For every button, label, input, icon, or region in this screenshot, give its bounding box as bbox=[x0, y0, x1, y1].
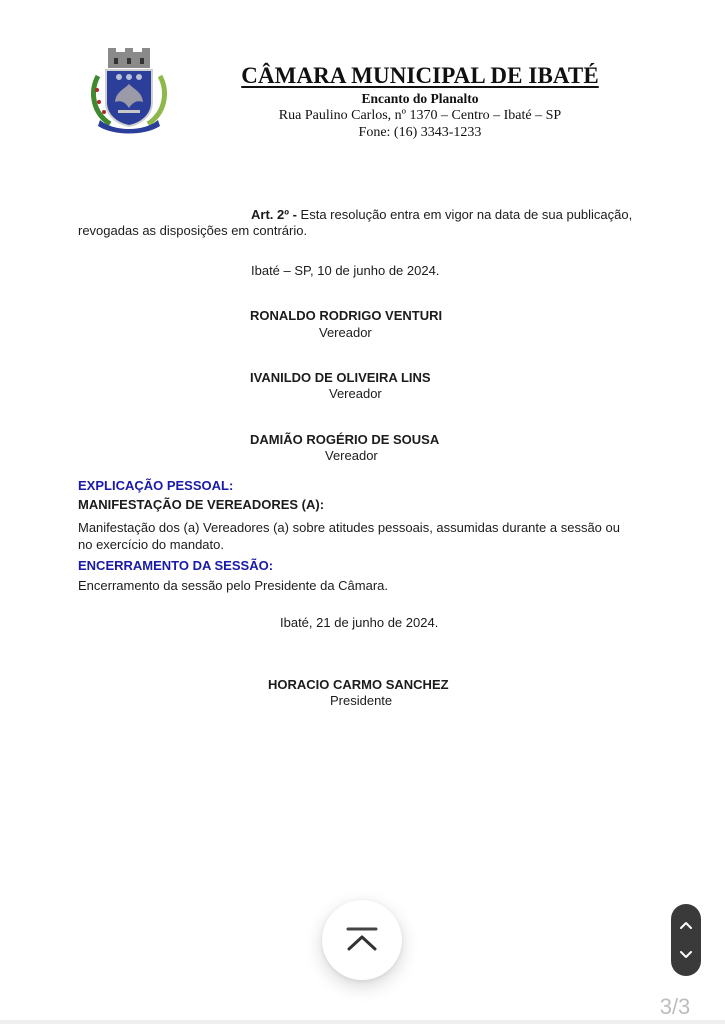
councilors-statement-heading: MANIFESTAÇÃO DE VEREADORES (A): bbox=[78, 497, 324, 513]
personal-explanation-text-line-2: no exercício do mandato. bbox=[78, 537, 224, 553]
president-role: Presidente bbox=[330, 693, 392, 709]
previous-page-button[interactable] bbox=[671, 910, 701, 940]
resolution-date: Ibaté – SP, 10 de junho de 2024. bbox=[251, 263, 439, 279]
signatory-name: DAMIÃO ROGÉRIO DE SOUSA bbox=[250, 432, 439, 448]
session-closing-text: Encerramento da sessão pelo Presidente d… bbox=[78, 578, 388, 594]
document-page: CÂMARA MUNICIPAL DE IBATÉ Encanto do Pla… bbox=[0, 0, 725, 1020]
signatory-name: IVANILDO DE OLIVEIRA LINS bbox=[250, 370, 431, 386]
article-label: Art. 2º - bbox=[251, 207, 297, 222]
institution-address: Rua Paulino Carlos, nº 1370 – Centro – I… bbox=[200, 107, 640, 124]
article-2-line-1: Art. 2º - Esta resolução entra em vigor … bbox=[251, 207, 632, 223]
personal-explanation-text-line-1: Manifestação dos (a) Vereadores (a) sobr… bbox=[78, 520, 620, 536]
page-navigator bbox=[671, 904, 701, 976]
page-indicator: 3/3 bbox=[640, 994, 710, 1020]
chevron-down-icon bbox=[680, 950, 692, 960]
closing-date: Ibaté, 21 de junho de 2024. bbox=[280, 615, 438, 631]
institution-motto: Encanto do Planalto bbox=[200, 91, 640, 107]
letterhead: CÂMARA MUNICIPAL DE IBATÉ Encanto do Pla… bbox=[200, 62, 640, 141]
institution-title: CÂMARA MUNICIPAL DE IBATÉ bbox=[200, 62, 640, 90]
signatory-name: RONALDO RODRIGO VENTURI bbox=[250, 308, 442, 324]
next-page-button[interactable] bbox=[671, 940, 701, 970]
signatory-role: Vereador bbox=[329, 386, 382, 402]
session-closing-heading: ENCERRAMENTO DA SESSÃO: bbox=[78, 558, 273, 574]
article-text: Esta resolução entra em vigor na data de… bbox=[297, 207, 632, 222]
coat-of-arms-icon bbox=[88, 46, 170, 134]
article-2-line-2: revogadas as disposições em contrário. bbox=[78, 223, 307, 239]
president-name: HORACIO CARMO SANCHEZ bbox=[268, 677, 449, 693]
scroll-to-top-button[interactable] bbox=[322, 900, 402, 980]
chevron-up-icon bbox=[680, 920, 692, 930]
personal-explanation-heading: EXPLICAÇÃO PESSOAL: bbox=[78, 478, 233, 494]
signatory-role: Vereador bbox=[325, 448, 378, 464]
signatory-role: Vereador bbox=[319, 325, 372, 341]
bottom-divider bbox=[0, 1020, 725, 1024]
scroll-to-top-icon bbox=[344, 925, 380, 955]
institution-phone: Fone: (16) 3343-1233 bbox=[200, 124, 640, 141]
